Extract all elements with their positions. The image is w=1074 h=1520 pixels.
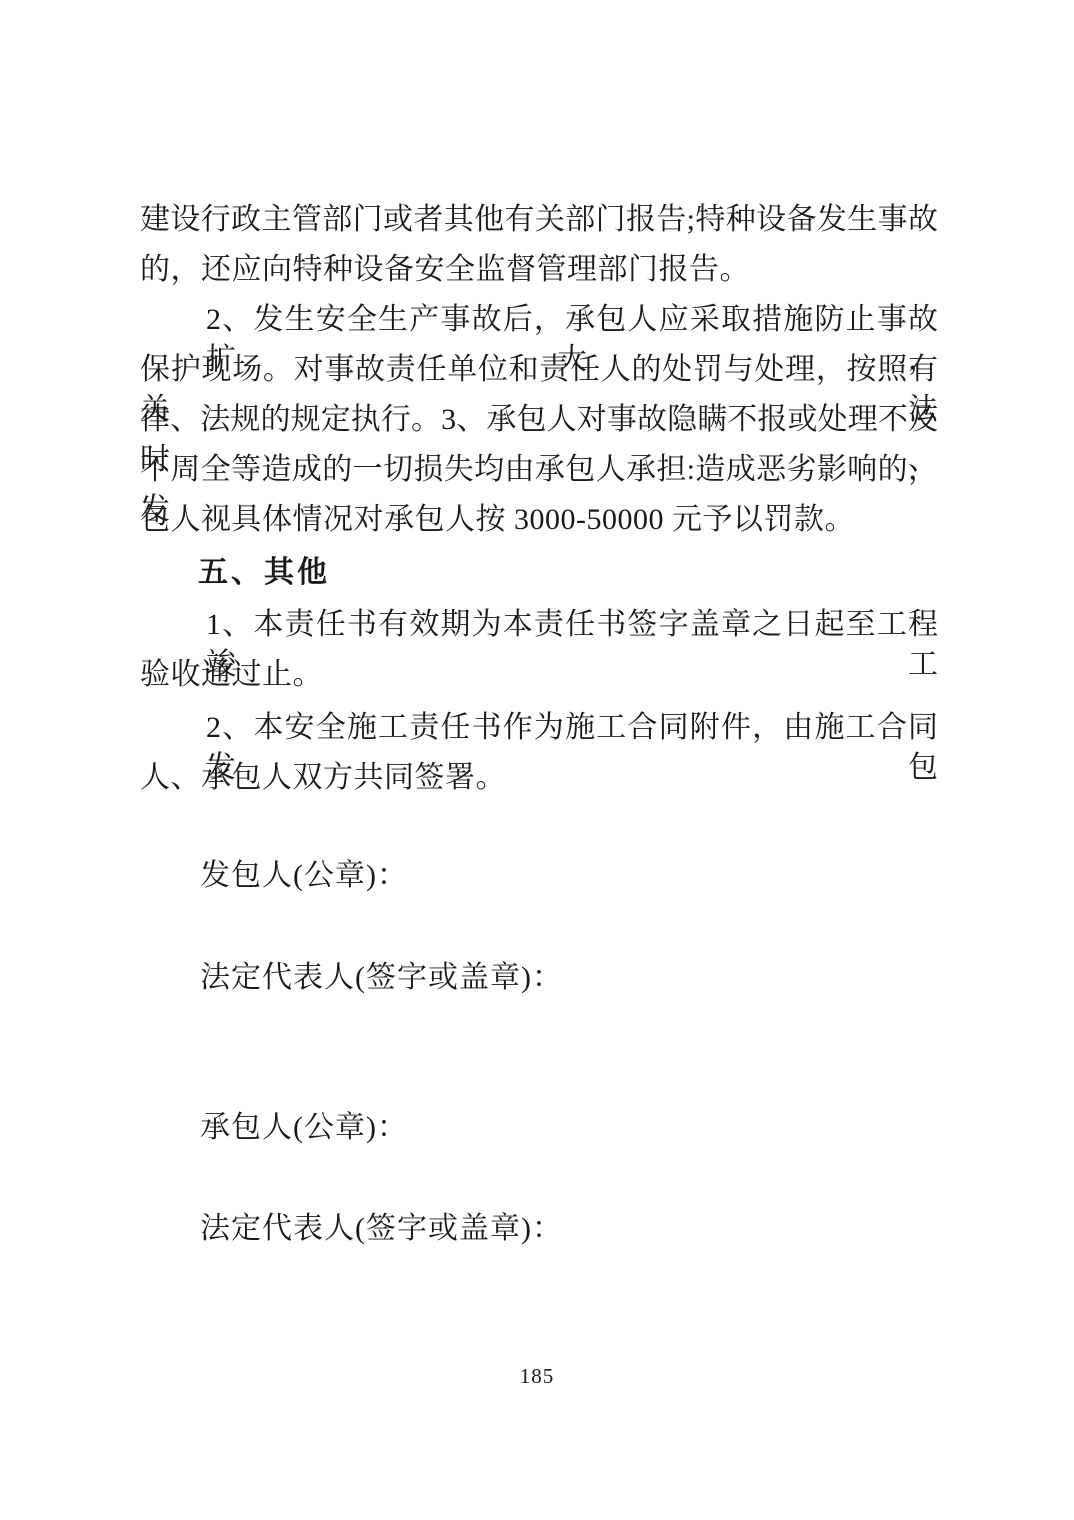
body-line-2: 的，还应向特种设备安全监督管理部门报告。	[140, 250, 938, 290]
section-line-2: 验收通过止。	[140, 655, 938, 695]
signature-contractor-representative: 法定代表人(签字或盖章)：	[200, 1209, 938, 1249]
section-heading: 五、其他	[198, 553, 938, 593]
signature-employer-seal: 发包人(公章)：	[200, 856, 938, 896]
signature-contractor-seal: 承包人(公章)：	[200, 1108, 938, 1148]
body-line-7: 包人视具体情况对承包人按 3000-50000 元予以罚款。	[140, 500, 938, 540]
page-number: 185	[0, 1362, 1074, 1390]
body-line-1: 建设行政主管部门或者其他有关部门报告;特种设备发生事故	[140, 200, 938, 240]
signature-employer-representative: 法定代表人(签字或盖章)：	[200, 958, 938, 998]
section-line-4: 人、承包人双方共同签署。	[140, 758, 938, 798]
document-page: 建设行政主管部门或者其他有关部门报告;特种设备发生事故 的，还应向特种设备安全监…	[0, 0, 1074, 1520]
